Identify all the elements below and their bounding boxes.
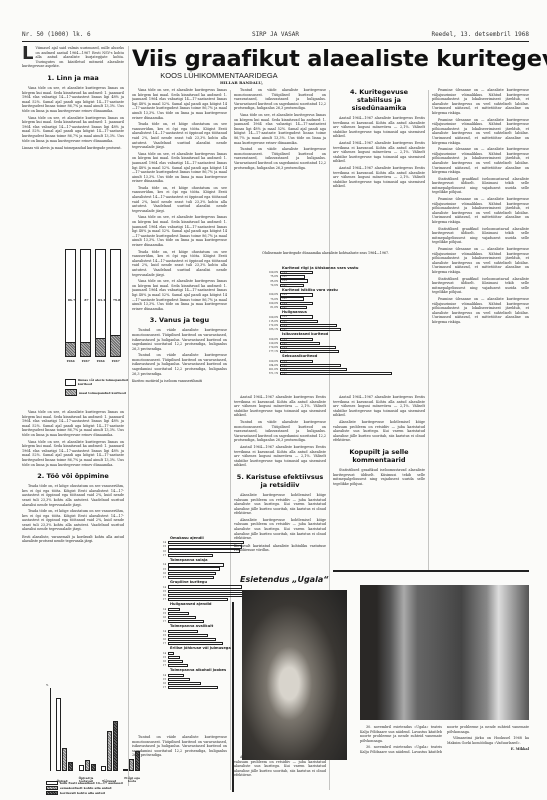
article-headline: Viis graafikut alaealiste kuritegevusest — [132, 46, 527, 72]
section-4-title: 4. Kuritegevuse stabiilsus ja sisedünaam… — [333, 88, 425, 112]
section-5-title: 5. Karistuse efektiivsus ja retsidiiv — [234, 473, 326, 489]
section-6-text: Peamine ülesanne on — alaealiste kuriteg… — [432, 88, 529, 116]
photo-caption: 30. novembril esietendus «Ugala» teatris… — [360, 725, 529, 790]
kopupilt-title: Kopupilt ja selle kommentaarid — [333, 448, 425, 464]
legend-swatch-maa — [65, 389, 77, 396]
closing-text: Vilmaseimi järku on Hookusel 1968 ka Mak… — [447, 736, 529, 745]
column-1: LViimasel ajal said valmis uurimused, mi… — [22, 46, 124, 221]
section-2-title: 2. Töö või õppimine — [22, 472, 124, 480]
issue-date: Reedel, 13. detsembril 1968 — [431, 31, 529, 38]
legend-swatch-linn — [65, 379, 76, 386]
section-3-title: 3. Vanus ja tegu — [132, 316, 227, 324]
photo-story-title: Esietendus „Ugala“ — [240, 575, 328, 584]
theatre-photo-2 — [360, 585, 529, 720]
signature: E. Mikkal — [447, 747, 529, 752]
chart-1-bar: 83.3 — [95, 249, 106, 357]
column-2-bottom: Tuntud on väide alaealiste kuritegevuse … — [132, 735, 227, 790]
newspaper-page: Nr. 50 (1000) lk. 6 SIRP JA VASAR Reedel… — [22, 30, 529, 790]
author-byline: HILLAR RANDALU, — [220, 80, 263, 85]
theatre-photo-1 — [242, 590, 347, 760]
chart-linn-maa: 86.7 87 83.3 79.8 1964 1967 1964 1967 — [65, 240, 135, 375]
column-1-lower: Vana tõde on see, et alaealiste kuritege… — [22, 410, 124, 670]
section-3-text: Tuntud on väide alaealiste kuritegevuse … — [132, 328, 227, 351]
column-2: Vana tõde on see, et alaealiste kuritege… — [132, 88, 227, 528]
section-5-text: Alaealiste kuritegevuse kohtlemisel kõig… — [234, 493, 326, 516]
column-3-bottom: Alaealiste kuritegevuse kohtlemisel kõig… — [234, 755, 326, 790]
chart-2-legend: kõik Eesti alaealised 14—17 aastased esm… — [46, 780, 146, 795]
column-3-middle: Aastail 1964—1967 alaealiste kuritegevus… — [234, 395, 326, 565]
chart-too-oppimine: % Õpivad Õpivad ja töötavad Töötavad Ei … — [46, 680, 146, 795]
section-1-text-cont: Vana tõde on see, et alaealiste kuritege… — [22, 116, 124, 144]
chart-3-caption: Kuriteo motiivid ja iseloom vanuserühmit… — [132, 379, 227, 383]
column-4-middle: Aastail 1964—1967 alaealiste kuritegevus… — [333, 395, 425, 560]
section-1-title: 1. Linn ja maa — [22, 74, 124, 82]
section-1-text: Vana tõde on see, et alaealiste kuritege… — [22, 86, 124, 114]
section-4-text: Aastail 1964—1967 alaealiste kuritegevus… — [333, 116, 425, 139]
article-subheadline: KOOS LÜHIKOMMENTAARIDEGA — [134, 71, 304, 80]
column-5: Peamine ülesanne on — alaealiste kuriteg… — [432, 88, 529, 568]
lead-paragraph: Viimasel ajal said valmis uurimused, mil… — [22, 46, 124, 68]
drop-cap: L — [22, 46, 33, 62]
chart-5-caption: Korduvalt karistatud alaealiste kohtulik… — [234, 544, 326, 552]
column-4: 4. Kuritegevuse stabiilsus ja sisedünaam… — [333, 88, 425, 258]
masthead: Nr. 50 (1000) lk. 6 SIRP JA VASAR Reedel… — [22, 30, 529, 42]
chart-1-legend: linnas või alevis toimepandud kuriteod m… — [65, 375, 135, 396]
chart-1-caption: Linnas või alevis ja maal toimepandud ku… — [22, 146, 124, 150]
chart-2-caption: Eesti alaealiste, varasemalt ja kordaval… — [22, 535, 124, 543]
chart-1-bar: 87 — [80, 249, 91, 357]
chart-1-bar: 79.8 — [110, 249, 121, 357]
column-3: Tuntud on väide alaealiste kuritegevuse … — [234, 88, 326, 243]
chart-1-bar: 86.7 — [65, 249, 76, 357]
section-2-text: Teada tõde on, et kõige ohustatum on see… — [22, 484, 124, 507]
